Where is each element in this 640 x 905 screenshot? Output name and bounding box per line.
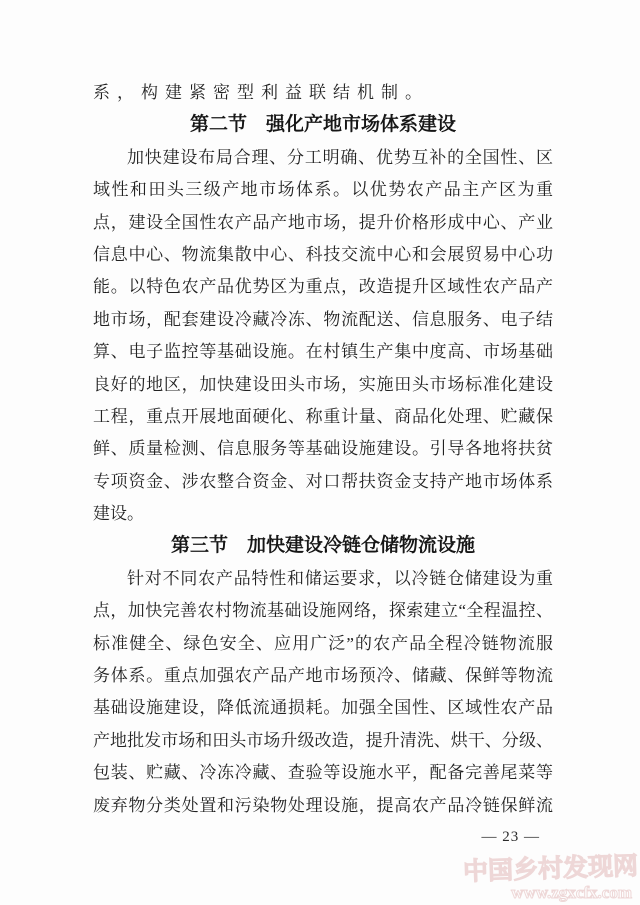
section-heading: 第三节 加快建设冷链仓储物流设施: [93, 530, 553, 562]
text-line: 点，加快完善农村物流基础设施网络，探索建立“全程温控、: [93, 595, 553, 627]
watermark: 中国乡村发现网 www.zgxcfx.com: [455, 847, 640, 905]
text-line: 域性和田头三级产地市场体系。以优势农产品主产区为重: [93, 174, 553, 206]
text-line: 加快建设布局合理、分工明确、优势互补的全国性、区: [93, 142, 553, 174]
document-lines: 系，构建紧密型利益联结机制。第二节 强化产地市场体系建设加快建设布局合理、分工明…: [93, 77, 553, 822]
text-line: 地市场，配套建设冷藏冷冻、物流配送、信息服务、电子结: [93, 304, 553, 336]
text-line: 算、电子监控等基础设施。在村镇生产集中度高、市场基础: [93, 336, 553, 368]
text-line: 针对不同农产品特性和储运要求，以冷链仓储建设为重: [93, 563, 553, 595]
text-line: 专项资金、涉农整合资金、对口帮扶资金支持产地市场体系: [93, 466, 553, 498]
text-line: 废弃物分类处置和污染物处理设施，提高农产品冷链保鲜流: [93, 790, 553, 822]
text-line: 产地批发市场和田头市场升级改造，提升清洗、烘干、分级、: [93, 725, 553, 757]
text-line: 基础设施建设，降低流通损耗。加强全国性、区域性农产品: [93, 692, 553, 724]
watermark-site-url: www.zgxcfx.com: [511, 883, 632, 903]
text-line: 建设。: [93, 498, 553, 530]
text-line: 包装、贮藏、冷冻冷藏、查验等设施水平，配备完善尾菜等: [93, 757, 553, 789]
page-number: — 23 —: [482, 829, 541, 846]
text-line: 能。以特色农产品优势区为重点，改造提升区域性农产品产: [93, 271, 553, 303]
text-line: 信息中心、物流集散中心、科技交流中心和会展贸易中心功: [93, 239, 553, 271]
text-line: 务体系。重点加强农产品产地市场预冷、储藏、保鲜等物流: [93, 660, 553, 692]
document-page: 系，构建紧密型利益联结机制。第二节 强化产地市场体系建设加快建设布局合理、分工明…: [0, 0, 640, 905]
text-line: 系，构建紧密型利益联结机制。: [93, 77, 553, 109]
text-line: 标准健全、绿色安全、应用广泛”的农产品全程冷链物流服: [93, 628, 553, 660]
section-heading: 第二节 强化产地市场体系建设: [93, 109, 553, 141]
text-line: 鲜、质量检测、信息服务等基础设施建设。引导各地将扶贫: [93, 433, 553, 465]
text-line: 工程，重点开展地面硬化、称重计量、商品化处理、贮藏保: [93, 401, 553, 433]
text-line: 良好的地区，加快建设田头市场，实施田头市场标准化建设: [93, 369, 553, 401]
text-line: 点，建设全国性农产品产地市场，提升价格形成中心、产业: [93, 207, 553, 239]
watermark-site-name: 中国乡村发现网: [462, 846, 638, 888]
